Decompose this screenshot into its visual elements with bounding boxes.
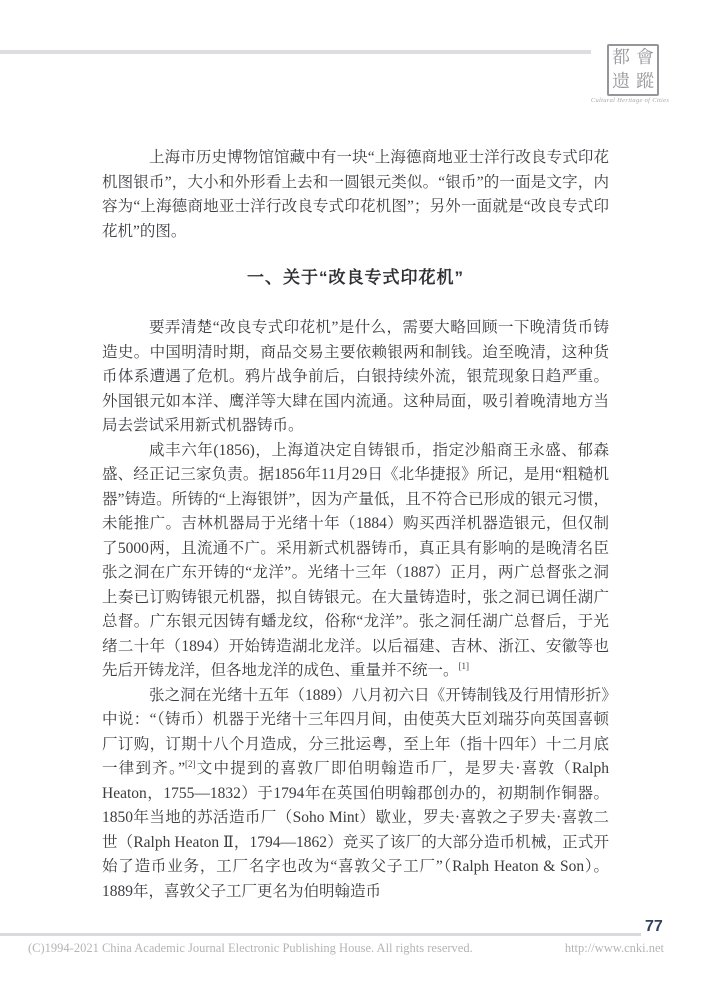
journal-seal-icon: 都 會 遗 蹤 bbox=[607, 44, 659, 96]
text-run: 文中提到的喜敦厂即伯明翰造币厂，是罗夫·喜敦（Ralph Heaton，1755… bbox=[102, 760, 609, 900]
footer-divider bbox=[0, 933, 641, 936]
paragraph: 张之洞在光绪十五年（1889）八月初六日《开铸制钱及行用情形折》中说：“（铸币）… bbox=[102, 684, 609, 905]
text-run: 上海市历史博物馆馆藏中有一块“上海德商地亚士洋行改良专式印花机图银币”，大小和外… bbox=[102, 149, 609, 240]
paragraph: 上海市历史博物馆馆藏中有一块“上海德商地亚士洋行改良专式印花机图银币”，大小和外… bbox=[102, 146, 609, 244]
seal-char: 都 bbox=[609, 46, 633, 70]
footnote-ref: [1] bbox=[459, 661, 470, 671]
page-number: 77 bbox=[645, 918, 663, 936]
paragraph: 咸丰六年(1856)，上海道决定自铸银币，指定沙船商王永盛、郁森盛、经正记三家负… bbox=[102, 439, 609, 684]
copyright-text: (C)1994-2021 China Academic Journal Elec… bbox=[28, 941, 473, 956]
article-body: 上海市历史博物馆馆藏中有一块“上海德商地亚士洋行改良专式印花机图银币”，大小和外… bbox=[102, 146, 609, 904]
seal-char: 蹤 bbox=[633, 70, 657, 94]
seal-char: 遗 bbox=[609, 70, 633, 94]
seal-char: 會 bbox=[633, 46, 657, 70]
journal-seal-caption: Cultural Heritage of Cities bbox=[574, 97, 686, 104]
footnote-ref: [2] bbox=[185, 759, 196, 769]
footer-url[interactable]: http://www.cnki.net bbox=[565, 941, 664, 956]
section-heading: 一、关于“改良专式印花机” bbox=[102, 266, 609, 290]
header-divider bbox=[0, 50, 591, 54]
text-run: 咸丰六年(1856)，上海道决定自铸银币，指定沙船商王永盛、郁森盛、经正记三家负… bbox=[102, 442, 609, 680]
text-run: 要弄清楚“改良专式印花机”是什么，需要大略回顾一下晚清货币铸造史。中国明清时期，… bbox=[102, 319, 609, 434]
footer: (C)1994-2021 China Academic Journal Elec… bbox=[28, 941, 664, 956]
paragraph: 要弄清楚“改良专式印花机”是什么，需要大略回顾一下晚清货币铸造史。中国明清时期，… bbox=[102, 316, 609, 439]
